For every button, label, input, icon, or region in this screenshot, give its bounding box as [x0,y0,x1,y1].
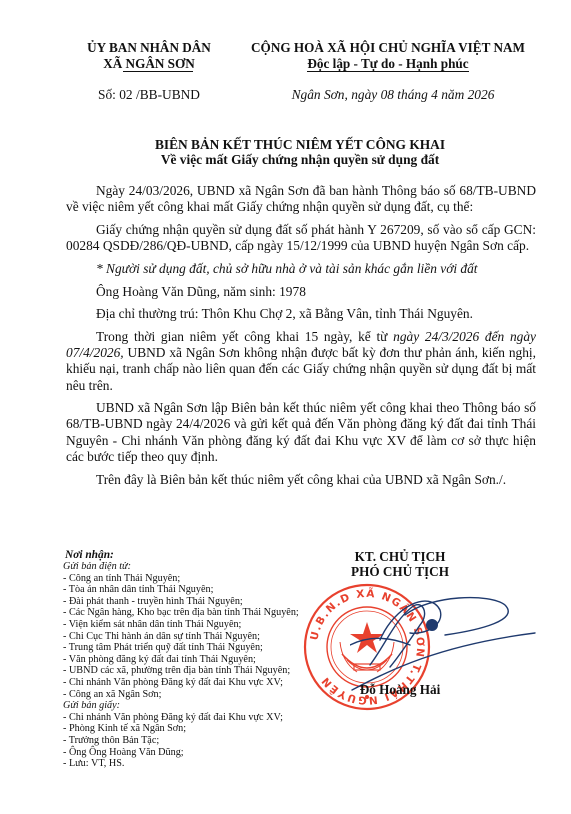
recipient-item: - Công an xã Ngân Sơn; [63,689,313,701]
recipient-item: - Trung tâm Phát triển quỹ đất tỉnh Thái… [63,642,313,654]
recipient-item: - Tòa án nhân dân tỉnh Thái Nguyên; [63,584,313,596]
handwritten-signature-icon [350,585,540,695]
country-name: CỘNG HOÀ XÃ HỘI CHỦ NGHĨA VIỆT NAM [248,40,528,55]
document-subtitle: Về việc mất Giấy chứng nhận quyền sử dụn… [60,152,540,167]
recipients-electronic-label: Gửi bản điện tử: [63,561,313,573]
document-number: Số: 02 /BB-UBND [64,87,234,103]
national-header: CỘNG HOÀ XÃ HỘI CHỦ NGHĨA VIỆT NAM Độc l… [248,40,528,73]
recipient-item: - Viện kiểm sát nhân dân tỉnh Thái Nguyê… [63,619,313,631]
recipient-item: - Phòng Kinh tế xã Ngân Sơn; [63,723,313,735]
recipient-item: - Ông Ông Hoàng Văn Dũng; [63,747,313,759]
national-motto: Độc lập - Tự do - Hạnh phúc [307,56,468,72]
paragraph-posting-period: Trong thời gian niêm yết công khai 15 ng… [66,329,536,394]
recipient-item: - Đài phát thanh - truyền hình Thái Nguy… [63,596,313,608]
recipient-item: - Các Ngân hàng, Kho bạc trên địa bàn tỉ… [63,607,313,619]
authority-unit: XÃ NGÂN SƠN [103,56,195,71]
signatory-name: Đỗ Hoàng Hải [330,682,470,698]
recipient-item: - Công an tỉnh Thái Nguyên; [63,573,313,585]
issuing-authority: ỦY BAN NHÂN DÂN XÃ NGÂN SƠN [64,40,234,73]
paragraph-conclusion: UBND xã Ngân Sơn lập Biên bản kết thúc n… [66,400,536,465]
recipient-item: - Chi nhánh Văn phòng Đăng ký đất đai Kh… [63,712,313,724]
posting-text-end: UBND xã Ngân Sơn không nhận được bất kỳ … [66,345,536,392]
recipients-title: Nơi nhận: [65,549,313,561]
document-page: ỦY BAN NHÂN DÂN XÃ NGÂN SƠN CỘNG HOÀ XÃ … [0,0,571,814]
signatory-line2: PHÓ CHỦ TỊCH [330,564,470,579]
recipients-electronic-list: - Công an tỉnh Thái Nguyên;- Tòa án nhân… [63,573,313,701]
document-date: Ngân Sơn, ngày 08 tháng 4 năm 2026 [248,87,538,103]
recipients-paper-list: - Chi nhánh Văn phòng Đăng ký đất đai Kh… [63,712,313,770]
recipient-item: - Văn phòng đăng ký đất đai tỉnh Thái Ng… [63,654,313,666]
recipient-item: - Lưu: VT, HS. [63,758,313,770]
recipients-paper-label: Gửi bản giấy: [63,700,313,712]
paragraph-owner-label: * Người sử dụng đất, chủ sở hữu nhà ở và… [66,261,536,277]
recipient-item: - Chi nhánh Văn phòng Đăng ký đất đai Kh… [63,677,313,689]
signatory-line1: KT. CHỦ TỊCH [330,549,470,564]
recipient-item: - Trưởng thôn Bản Tặc; [63,735,313,747]
recipient-item: - UBND các xã, phường trên địa bàn tỉnh … [63,665,313,677]
document-title: BIÊN BẢN KẾT THÚC NIÊM YẾT CÔNG KHAI [60,137,540,152]
paragraph-certificate: Giấy chứng nhận quyền sử dụng đất số phá… [66,222,536,254]
document-body: Ngày 24/03/2026, UBND xã Ngân Sơn đã ban… [66,183,536,494]
authority-name: ỦY BAN NHÂN DÂN [64,40,234,55]
paragraph-intro: Ngày 24/03/2026, UBND xã Ngân Sơn đã ban… [66,183,536,215]
paragraph-closing: Trên đây là Biên bản kết thúc niêm yết c… [66,472,536,488]
posting-text-start: Trong thời gian niêm yết công khai 15 ng… [96,329,393,344]
signatory-title: KT. CHỦ TỊCH PHÓ CHỦ TỊCH [330,549,470,579]
recipient-item: - Chi Cục Thi hành án dân sự tỉnh Thái N… [63,631,313,643]
paragraph-owner-address: Địa chỉ thường trú: Thôn Khu Chợ 2, xã B… [66,306,536,322]
paragraph-owner-name: Ông Hoàng Văn Dũng, năm sinh: 1978 [66,284,536,300]
recipients-block: Nơi nhận: Gửi bản điện tử: - Công an tỉn… [63,549,313,770]
